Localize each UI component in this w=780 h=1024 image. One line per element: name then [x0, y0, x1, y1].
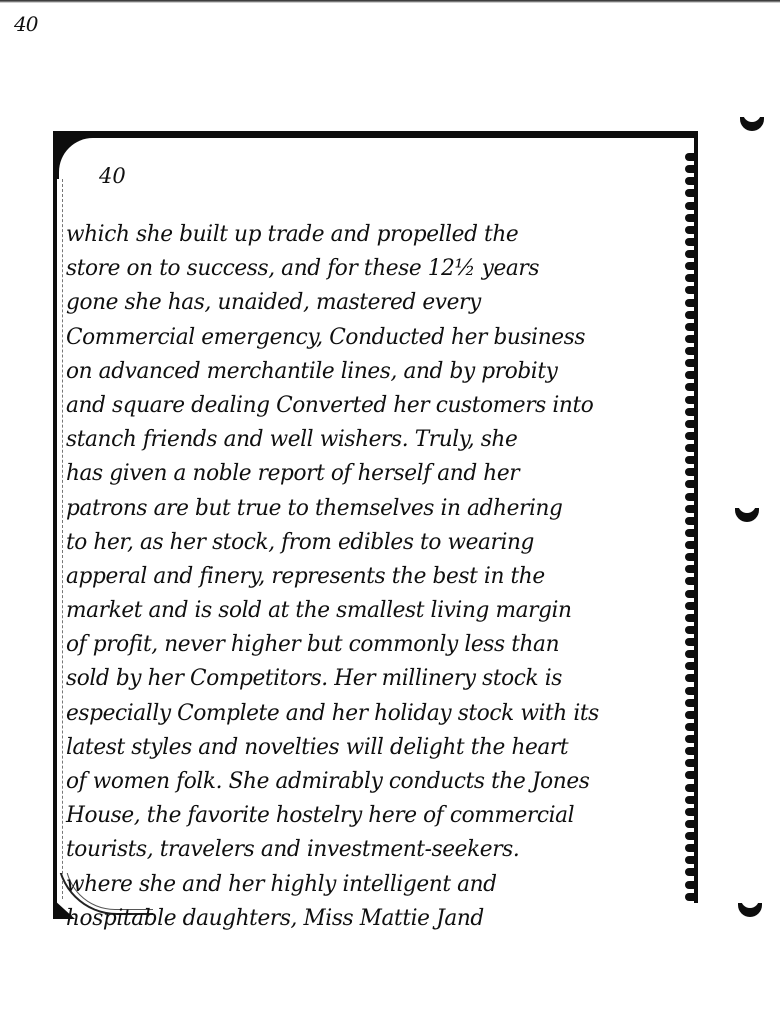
spiral-coil-icon — [685, 189, 696, 197]
outer-page-number: 40 — [14, 12, 37, 36]
handwritten-line: Commercial emergency, Conducted her busi… — [66, 321, 678, 355]
handwritten-line: gone she has, unaided, mastered every — [66, 286, 678, 320]
handwritten-line: of profit, never higher but commonly les… — [66, 628, 678, 662]
handwritten-line: House, the favorite hostelry here of com… — [66, 799, 678, 833]
punch-hole-icon — [735, 508, 759, 522]
handwritten-line: of women folk. She admirably conducts th… — [66, 765, 678, 799]
frame-top-border — [53, 131, 697, 138]
handwritten-line: especially Complete and her holiday stoc… — [66, 697, 678, 731]
handwritten-line: store on to success, and for these 12½ y… — [66, 252, 678, 286]
handwritten-line: patrons are but true to themselves in ad… — [66, 492, 678, 526]
handwritten-line: tourists, travelers and investment-seeke… — [66, 833, 678, 867]
spiral-coil-icon — [685, 153, 696, 161]
handwritten-line: hospitable daughters, Miss Mattie Jand — [66, 902, 678, 936]
handwritten-line: to her, as her stock, from edibles to we… — [66, 526, 678, 560]
handwritten-line: stanch friends and well wishers. Truly, … — [66, 423, 678, 457]
handwritten-text-body: which she built up trade and propelled t… — [66, 218, 688, 936]
spiral-coil-icon — [685, 165, 696, 173]
handwritten-line: on advanced merchantile lines, and by pr… — [66, 355, 678, 389]
handwritten-line: sold by her Competitors. Her millinery s… — [66, 662, 678, 696]
punch-hole-icon — [738, 903, 762, 917]
spiral-coil-icon — [685, 177, 696, 185]
handwritten-line: has given a noble report of herself and … — [66, 457, 678, 491]
handwritten-line: where she and her highly intelligent and — [66, 868, 678, 902]
handwritten-line: which she built up trade and propelled t… — [66, 218, 678, 252]
handwritten-line: latest styles and novelties will delight… — [66, 731, 678, 765]
handwritten-line: market and is sold at the smallest livin… — [66, 594, 678, 628]
punch-hole-icon — [740, 117, 764, 131]
frame-top-left-corner — [53, 131, 93, 179]
inner-page-number: 40 — [99, 164, 126, 188]
spiral-coil-icon — [685, 202, 696, 210]
scan-top-edge — [0, 0, 780, 3]
handwritten-line: and square dealing Converted her custome… — [66, 389, 678, 423]
frame-left-border — [53, 131, 57, 919]
frame-inner-margin-line — [62, 179, 64, 899]
handwritten-line: apperal and finery, represents the best … — [66, 560, 678, 594]
